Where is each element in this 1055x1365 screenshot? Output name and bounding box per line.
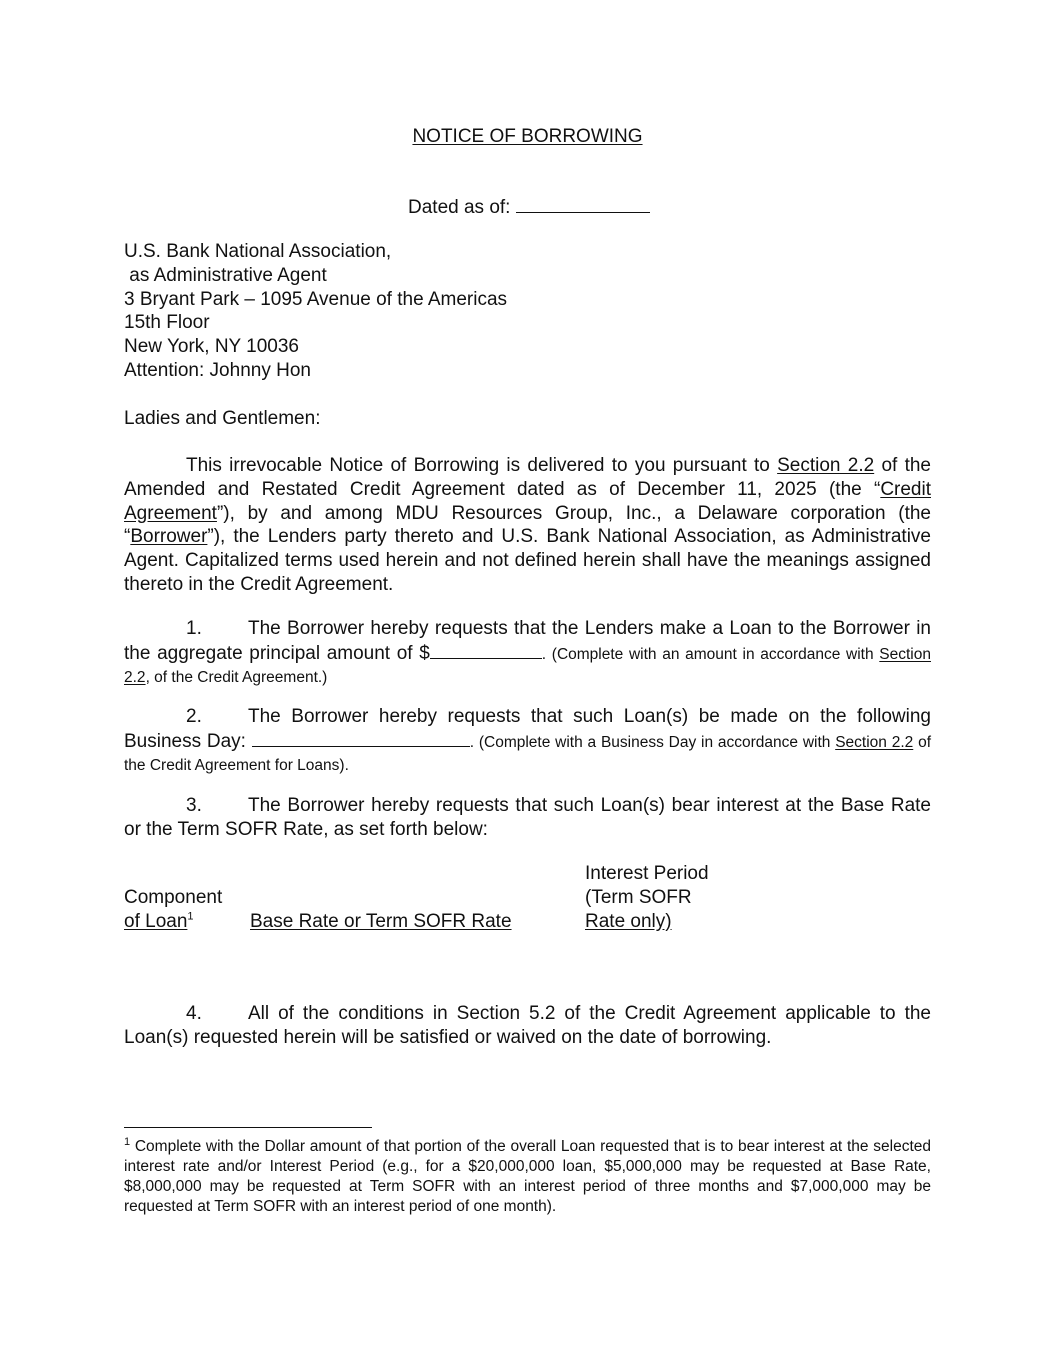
intro-text: ”), the Lenders party thereto and U.S. B… (124, 526, 931, 595)
footnote: 1 Complete with the Dollar amount of tha… (124, 1137, 931, 1217)
item-4: 4.All of the conditions in Section 5.2 o… (124, 1002, 931, 1050)
address-line: Attention: Johnny Hon (124, 359, 507, 383)
address-line: New York, NY 10036 (124, 335, 507, 359)
item-number: 1. (186, 618, 248, 640)
title-text: NOTICE OF BORROWING (412, 126, 642, 147)
footnote-mark: 1 (187, 910, 193, 922)
address-block: U.S. Bank National Association, as Admin… (124, 240, 507, 383)
column-header-text: Rate only) (585, 911, 672, 932)
address-line: 3 Bryant Park – 1095 Avenue of the Ameri… (124, 288, 507, 312)
defined-term: Borrower (130, 526, 207, 547)
salutation: Ladies and Gentlemen: (124, 407, 320, 431)
column-header-text: Component (124, 886, 222, 910)
column-interest-period: Interest Period (Term SOFR Rate only) (585, 862, 709, 933)
item-1: 1.The Borrower hereby requests that the … (124, 618, 931, 689)
dated-as-of: Dated as of: (408, 194, 650, 220)
amount-blank-field[interactable] (430, 640, 542, 659)
item-number: 3. (186, 794, 248, 818)
column-header-text: Interest Period (585, 862, 709, 886)
column-header-text: (Term SOFR (585, 886, 709, 910)
address-line: as Administrative Agent (124, 264, 507, 288)
business-day-blank-field[interactable] (252, 728, 470, 747)
section-reference: Section 2.2 (777, 455, 874, 476)
item-number: 4. (186, 1002, 248, 1026)
item-2: 2.The Borrower hereby requests that such… (124, 706, 931, 777)
intro-paragraph: This irrevocable Notice of Borrowing is … (124, 454, 931, 597)
document-page: NOTICE OF BORROWING Dated as of: U.S. Ba… (0, 0, 1055, 1365)
intro-text: This irrevocable Notice of Borrowing is … (186, 455, 777, 476)
document-title: NOTICE OF BORROWING (0, 125, 1055, 149)
address-line: U.S. Bank National Association, (124, 240, 507, 264)
footnote-separator (124, 1127, 372, 1128)
column-rate-type: Base Rate or Term SOFR Rate (250, 910, 512, 934)
item-note: . (Complete with an amount in accordance… (542, 646, 880, 663)
item-note: . (Complete with a Business Day in accor… (470, 734, 835, 751)
item-number: 2. (186, 706, 248, 728)
column-component-of-loan: Component of Loan1 (124, 886, 222, 934)
footnote-text: Complete with the Dollar amount of that … (124, 1138, 931, 1215)
item-3: 3.The Borrower hereby requests that such… (124, 794, 931, 842)
address-line: 15th Floor (124, 311, 507, 335)
section-reference: Section 2.2 (835, 734, 913, 751)
item-note: , of the Credit Agreement.) (146, 669, 328, 686)
dated-label: Dated as of: (408, 197, 510, 218)
date-blank-field[interactable] (516, 194, 650, 213)
column-header-text: Base Rate or Term SOFR Rate (250, 911, 512, 932)
column-header-text: of Loan (124, 911, 187, 932)
